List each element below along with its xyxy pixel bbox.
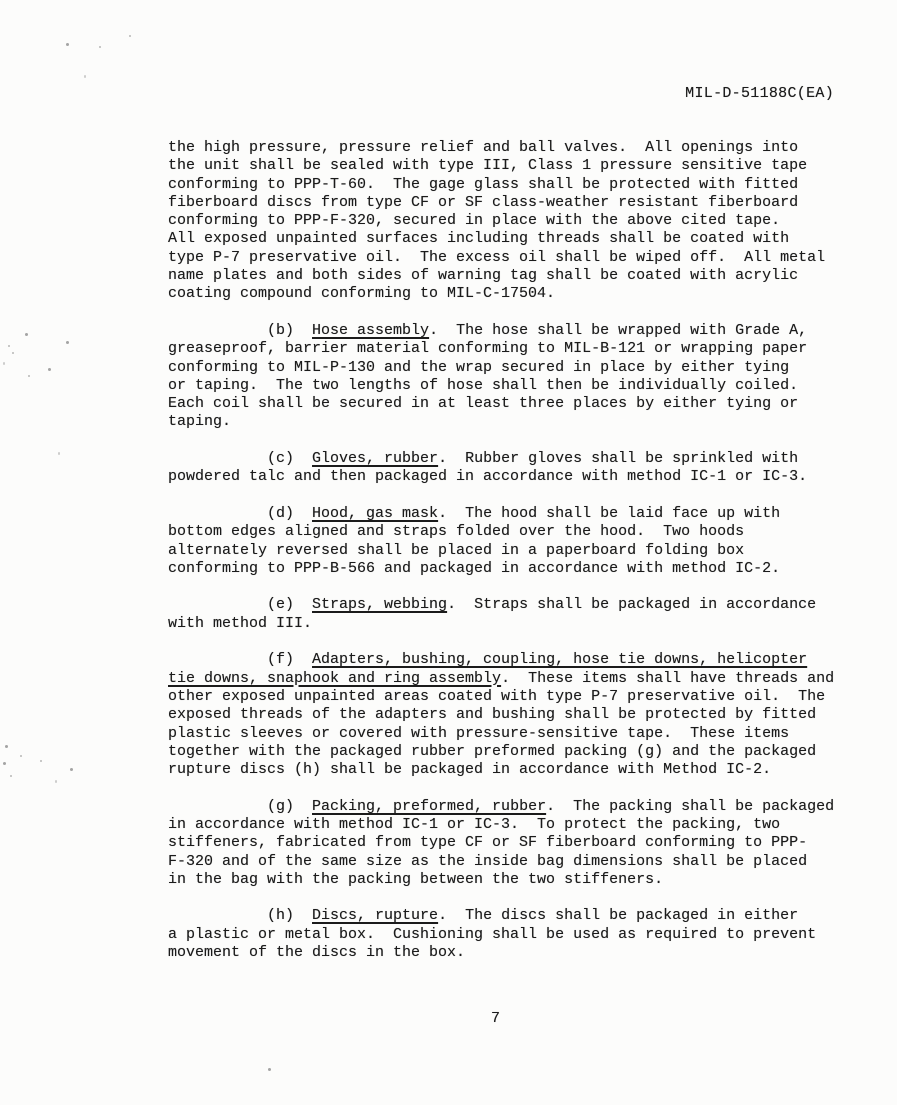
scan-artifact	[28, 375, 30, 377]
scan-artifact	[55, 780, 57, 783]
paragraph-head: (b)	[168, 322, 312, 339]
scan-artifact	[25, 333, 28, 336]
scan-artifact	[99, 46, 101, 48]
paragraph-body: in accordance with method IC-1 or IC-3. …	[168, 816, 807, 888]
scan-artifact	[5, 745, 8, 748]
paragraph-body: with method III.	[168, 615, 312, 632]
scan-artifact	[268, 1068, 271, 1071]
paragraph-f-adapters: (f) Adapters, bushing, coupling, hose ti…	[168, 651, 848, 779]
paragraph-intro: the high pressure, pressure relief and b…	[168, 139, 848, 304]
scan-artifact	[10, 775, 12, 777]
scan-artifact	[8, 345, 10, 347]
scan-artifact	[70, 768, 73, 771]
scan-artifact	[66, 341, 69, 344]
paragraph-tail: . The packing shall be packaged	[546, 798, 834, 815]
paragraph-body: greaseproof, barrier material conforming…	[168, 340, 807, 430]
paragraph-e-straps-webbing: (e) Straps, webbing. Straps shall be pac…	[168, 596, 848, 633]
scan-artifact	[40, 760, 42, 762]
scan-artifact	[48, 368, 51, 371]
scan-artifact	[20, 755, 22, 757]
paragraph-c-gloves-rubber: (c) Gloves, rubber. Rubber gloves shall …	[168, 450, 848, 487]
paragraph-g-packing-preformed-rubber: (g) Packing, preformed, rubber. The pack…	[168, 798, 848, 889]
paragraph-tail: . Rubber gloves shall be sprinkled with	[438, 450, 798, 467]
paragraph-head: (f)	[168, 651, 312, 668]
paragraph-title: Hood, gas mask	[312, 505, 438, 522]
scan-artifact	[3, 762, 6, 765]
page-number: 7	[168, 1010, 823, 1028]
paragraph-title: Gloves, rubber	[312, 450, 438, 467]
paragraph-head: (c)	[168, 450, 312, 467]
paragraph-tail: . The discs shall be packaged in either	[438, 907, 798, 924]
paragraph-head: (e)	[168, 596, 312, 613]
paragraph-body: powdered talc and then packaged in accor…	[168, 468, 807, 485]
paragraph-body: a plastic or metal box. Cushioning shall…	[168, 926, 816, 961]
scan-artifact	[12, 352, 14, 354]
paragraph-head: (g)	[168, 798, 312, 815]
paragraph-tail: . Straps shall be packaged in accordance	[447, 596, 816, 613]
paragraph-title: Hose assembly	[312, 322, 429, 339]
paragraph-body: the high pressure, pressure relief and b…	[168, 139, 825, 302]
scan-artifact	[58, 452, 60, 455]
paragraph-b-hose-assembly: (b) Hose assembly. The hose shall be wra…	[168, 322, 848, 432]
scan-artifact	[3, 362, 5, 365]
paragraph-title: Discs, rupture	[312, 907, 438, 924]
paragraph-tail: . These items shall have threads and	[501, 670, 834, 687]
paragraph-title: Straps, webbing	[312, 596, 447, 613]
paragraph-tail: . The hood shall be laid face up with	[438, 505, 780, 522]
scan-artifact	[129, 35, 131, 37]
document-number: MIL-D-51188C(EA)	[685, 85, 834, 103]
scan-artifact	[66, 43, 69, 46]
paragraph-head: (h)	[168, 907, 312, 924]
document-body: the high pressure, pressure relief and b…	[168, 139, 848, 962]
paragraph-tail: . The hose shall be wrapped with Grade A…	[429, 322, 807, 339]
scan-artifact	[84, 75, 86, 78]
paragraph-title: Packing, preformed, rubber	[312, 798, 546, 815]
paragraph-body: other exposed unpainted areas coated wit…	[168, 688, 825, 778]
paragraph-h-discs-rupture: (h) Discs, rupture. The discs shall be p…	[168, 907, 848, 962]
paragraph-d-hood-gas-mask: (d) Hood, gas mask. The hood shall be la…	[168, 505, 848, 578]
paragraph-body: bottom edges aligned and straps folded o…	[168, 523, 780, 577]
paragraph-head: (d)	[168, 505, 312, 522]
